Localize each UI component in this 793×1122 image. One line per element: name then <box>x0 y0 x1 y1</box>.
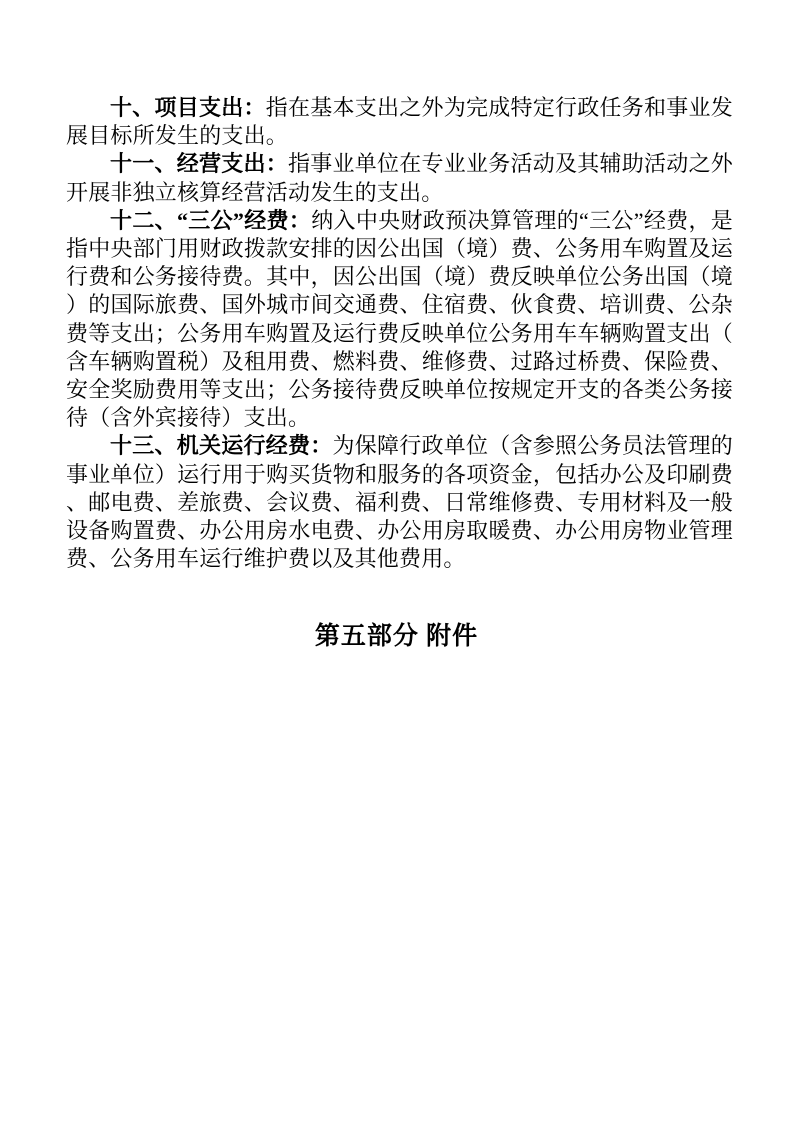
document-body: 十、项目支出：指在基本支出之外为完成特定行政任务和事业发展目标所发生的支出。 十… <box>66 94 733 573</box>
paragraph-project-expenditure: 十、项目支出：指在基本支出之外为完成特定行政任务和事业发展目标所发生的支出。 <box>66 94 733 150</box>
paragraph-agency-operating-funds: 十三、机关运行经费：为保障行政单位（含参照公务员法管理的事业单位）运行用于购买货… <box>66 432 733 573</box>
document-page: 十、项目支出：指在基本支出之外为完成特定行政任务和事业发展目标所发生的支出。 十… <box>0 0 793 1122</box>
paragraph-term: 十三、机关运行经费： <box>110 433 333 458</box>
paragraph-body-text: 纳入中央财政预决算管理的“三公”经费，是指中央部门用财政拨款安排的因公出国（境）… <box>66 208 733 430</box>
paragraph-operating-expenditure: 十一、经营支出：指事业单位在专业业务活动及其辅助活动之外开展非独立核算经营活动发… <box>66 150 733 206</box>
section-heading: 第五部分 附件 <box>0 621 793 653</box>
paragraph-term: 十、项目支出： <box>110 95 266 120</box>
paragraph-term: 十一、经营支出： <box>110 151 288 176</box>
paragraph-term: 十二、“三公”经费： <box>110 208 311 233</box>
paragraph-three-public-funds: 十二、“三公”经费：纳入中央财政预决算管理的“三公”经费，是指中央部门用财政拨款… <box>66 207 733 433</box>
